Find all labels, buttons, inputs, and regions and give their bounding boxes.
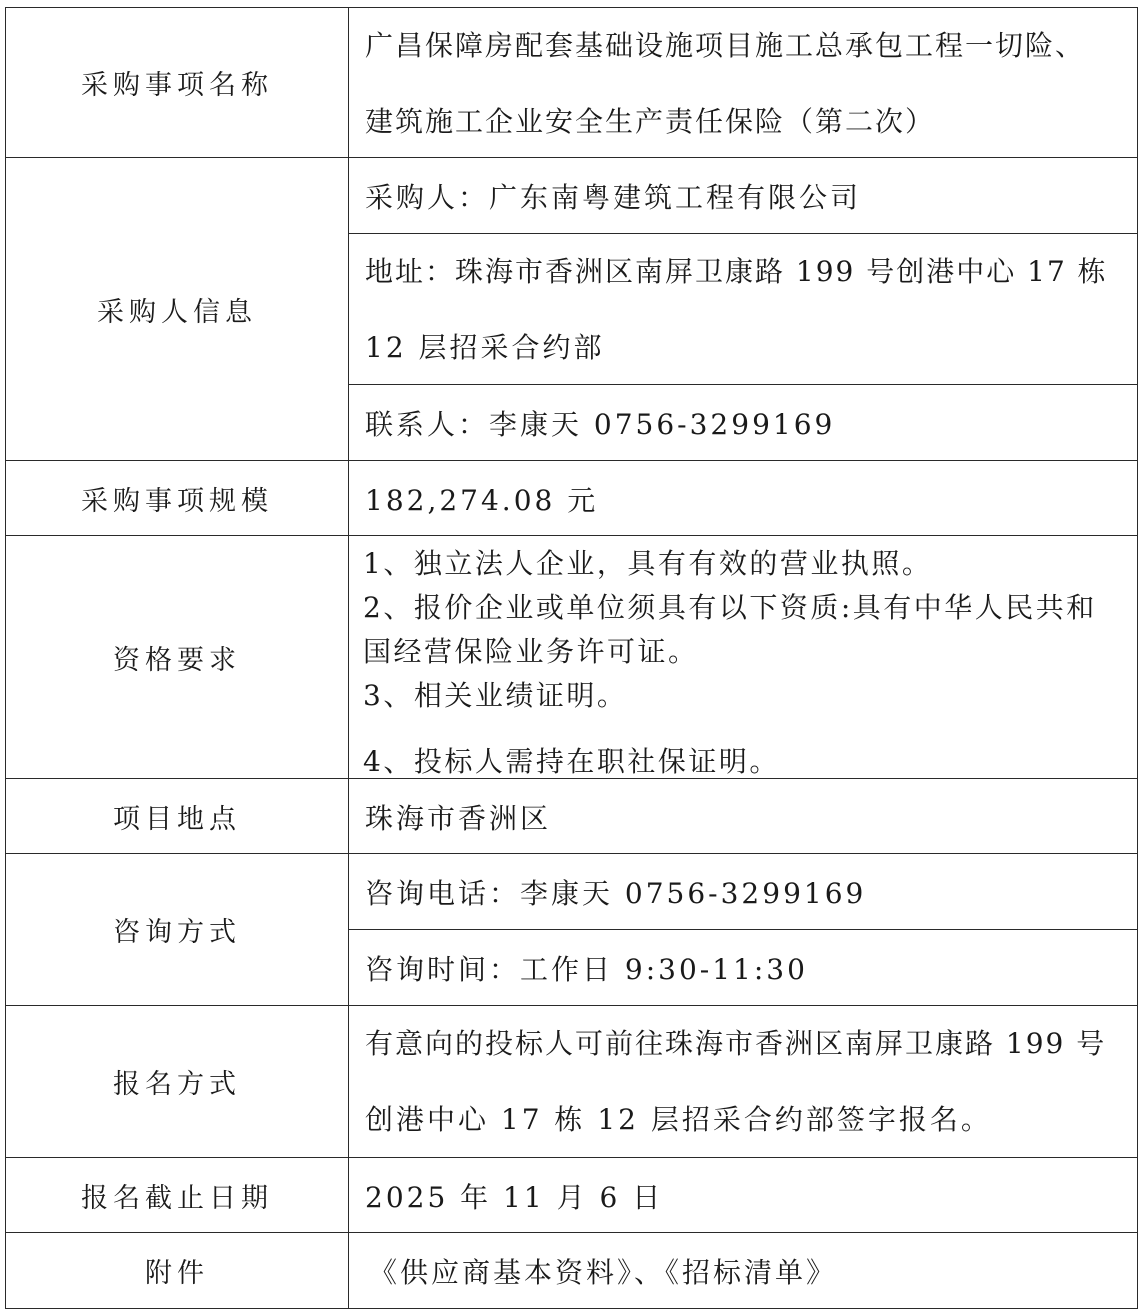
row-qualification: 资格要求 1、独立法人企业，具有有效的营业执照。 2、报价企业或单位须具有以下资…: [6, 536, 1137, 779]
value-scale: 182,274.08 元: [349, 461, 1137, 535]
label-registration: 报名方式: [6, 1006, 349, 1157]
label-consult: 咨询方式: [6, 854, 349, 1005]
label-scale: 采购事项规模: [6, 461, 349, 535]
label-location: 项目地点: [6, 779, 349, 853]
qualification-item-3: 3、相关业绩证明。: [363, 674, 1127, 718]
label-purchaser-info: 采购人信息: [6, 158, 349, 460]
value-purchaser-info: 采购人：广东南粤建筑工程有限公司 地址：珠海市香洲区南屏卫康路 199 号创港中…: [349, 158, 1137, 460]
purchaser-name: 采购人：广东南粤建筑工程有限公司: [349, 158, 1137, 234]
row-deadline: 报名截止日期 2025 年 11 月 6 日: [6, 1158, 1137, 1233]
value-registration: 有意向的投标人可前往珠海市香洲区南屏卫康路 199 号 创港中心 17 栋 12…: [349, 1006, 1137, 1157]
value-attachment: 《供应商基本资料》、《招标清单》: [349, 1233, 1137, 1308]
value-qualification: 1、独立法人企业，具有有效的营业执照。 2、报价企业或单位须具有以下资质:具有中…: [349, 536, 1137, 778]
consult-time: 咨询时间：工作日 9:30-11:30: [349, 930, 1137, 1005]
label-project-name: 采购事项名称: [6, 8, 349, 157]
qualification-item-1: 1、独立法人企业，具有有效的营业执照。: [363, 542, 1127, 586]
registration-line-2: 创港中心 17 栋 12 层招采合约部签字报名。: [365, 1082, 1125, 1158]
project-name-line-1: 广昌保障房配套基础设施项目施工总承包工程一切险、: [365, 8, 1125, 84]
row-consult: 咨询方式 咨询电话：李康天 0756-3299169 咨询时间：工作日 9:30…: [6, 854, 1137, 1006]
scale-amount: 182,274.08 元: [349, 461, 1137, 536]
qualification-item-2: 2、报价企业或单位须具有以下资质:具有中华人民共和: [363, 586, 1127, 630]
row-scale: 采购事项规模 182,274.08 元: [6, 461, 1137, 536]
row-project-name: 采购事项名称 广昌保障房配套基础设施项目施工总承包工程一切险、 建筑施工企业安全…: [6, 8, 1137, 158]
procurement-info-table: 采购事项名称 广昌保障房配套基础设施项目施工总承包工程一切险、 建筑施工企业安全…: [5, 7, 1138, 1309]
registration-line-1: 有意向的投标人可前往珠海市香洲区南屏卫康路 199 号: [365, 1006, 1125, 1082]
qualification-item-2-cont: 国经营保险业务许可证。: [363, 630, 1127, 674]
value-consult: 咨询电话：李康天 0756-3299169 咨询时间：工作日 9:30-11:3…: [349, 854, 1137, 1005]
row-location: 项目地点 珠海市香洲区: [6, 779, 1137, 854]
consult-phone: 咨询电话：李康天 0756-3299169: [349, 854, 1137, 930]
row-purchaser-info: 采购人信息 采购人：广东南粤建筑工程有限公司 地址：珠海市香洲区南屏卫康路 19…: [6, 158, 1137, 461]
label-attachment: 附件: [6, 1233, 349, 1308]
project-name-line-2: 建筑施工企业安全生产责任保险（第二次）: [365, 84, 1125, 160]
spacer: [363, 718, 1127, 740]
label-qualification: 资格要求: [6, 536, 349, 778]
purchaser-contact: 联系人：李康天 0756-3299169: [349, 385, 1137, 460]
row-attachment: 附件 《供应商基本资料》、《招标清单》: [6, 1233, 1137, 1308]
value-project-name: 广昌保障房配套基础设施项目施工总承包工程一切险、 建筑施工企业安全生产责任保险（…: [349, 8, 1137, 157]
qualification-item-4: 4、投标人需持在职社保证明。: [363, 740, 1127, 784]
location-text: 珠海市香洲区: [349, 779, 1137, 854]
attachment-list: 《供应商基本资料》、《招标清单》: [349, 1233, 1137, 1308]
value-location: 珠海市香洲区: [349, 779, 1137, 853]
label-deadline: 报名截止日期: [6, 1158, 349, 1232]
value-deadline: 2025 年 11 月 6 日: [349, 1158, 1137, 1232]
purchaser-address: 地址：珠海市香洲区南屏卫康路 199 号创港中心 17 栋 12 层招采合约部: [349, 234, 1137, 385]
deadline-date: 2025 年 11 月 6 日: [349, 1158, 1137, 1233]
row-registration: 报名方式 有意向的投标人可前往珠海市香洲区南屏卫康路 199 号 创港中心 17…: [6, 1006, 1137, 1158]
